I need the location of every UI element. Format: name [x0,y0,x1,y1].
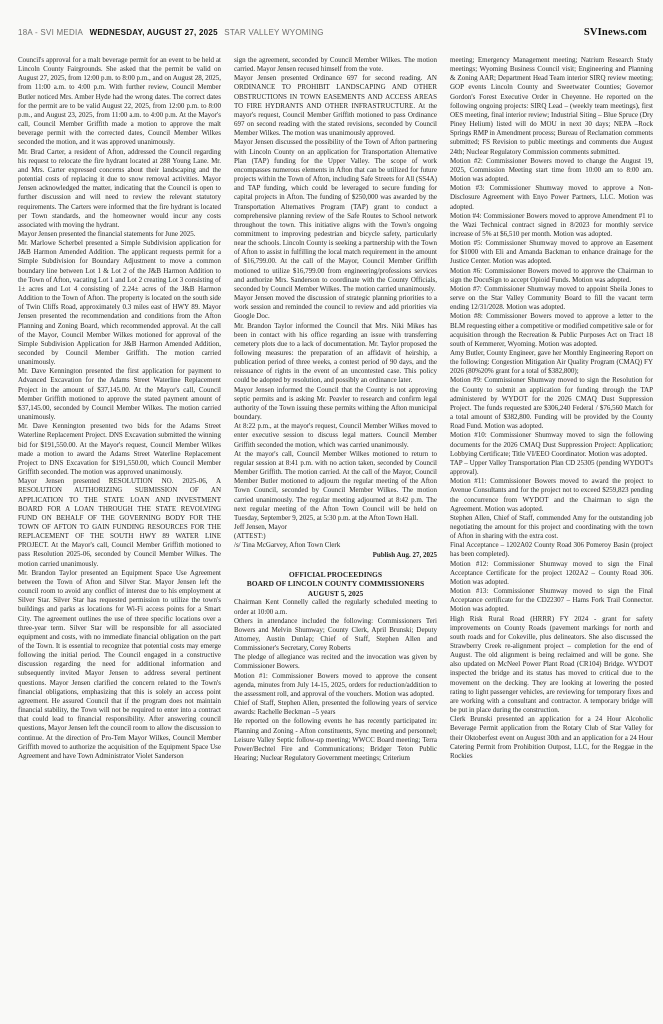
paragraph: Stephen Allen, Chief of Staff, commended… [450,514,653,541]
paragraph: Mayor Jensen presented the financial sta… [18,230,221,239]
paragraph: Mr. Dave Kennington presented the first … [18,367,221,422]
paragraph: meeting; Emergency Management meeting; N… [450,56,653,157]
issue-date: WEDNESDAY, AUGUST 27, 2025 [90,28,218,37]
newspaper-page: 18A - SVI MEDIA WEDNESDAY, AUGUST 27, 20… [0,0,663,1024]
column-3: meeting; Emergency Management meeting; N… [450,56,653,763]
paragraph: Motion #7: Commissioner Shumway moved to… [450,285,653,312]
paragraph: Chief of Staff, Stephen Allen, presented… [234,699,437,717]
paragraph: At 8:22 p.m., at the mayor's request, Co… [234,422,437,449]
paragraph: Motion #2: Commissioner Bowers moved to … [450,157,653,184]
paragraph: Motion #13: Commissioner Shumway moved t… [450,587,653,614]
column-1: Council's approval for a malt beverage p… [18,56,221,763]
paragraph: Motion #6: Commissioner Bowers moved to … [450,267,653,285]
header-left: 18A - SVI MEDIA WEDNESDAY, AUGUST 27, 20… [18,28,328,37]
paragraph: sign the agreement, seconded by Council … [234,56,437,74]
paragraph: At the mayor's call, Council Member Wilk… [234,450,437,523]
signature-line: /s/ Tina McGarvey, Afton Town Clerk [234,541,437,550]
column-2: sign the agreement, seconded by Council … [234,56,437,763]
paragraph: TAP – Upper Valley Transportation Plan C… [450,459,653,477]
page-header: 18A - SVI MEDIA WEDNESDAY, AUGUST 27, 20… [18,27,647,38]
paragraph: Final Acceptance – 1202A02 County Road 3… [450,541,653,559]
paragraph: Council's approval for a malt beverage p… [18,56,221,148]
paragraph: Motion #3: Commissioner Shumway moved to… [450,184,653,211]
paragraph: He reported on the following events he h… [234,717,437,763]
paragraph: Motion #1: Commissioner Bowers moved to … [234,672,437,699]
paragraph: Mr. Brandon Taylor informed the Council … [234,322,437,386]
paragraph: Mayor Jensen discussed the possibility o… [234,138,437,294]
publication-location: STAR VALLEY WYOMING [224,28,323,37]
section-heading: OFFICIAL PROCEEDINGS [234,570,437,580]
paragraph: Motion #12: Commissioner Shumway moved t… [450,560,653,587]
paragraph: Mr. Brad Carter, a resident of Afton, ad… [18,148,221,230]
paragraph: The pledge of allegiance was recited and… [234,653,437,671]
paragraph: Mayor Jensen presented RESOLUTION NO. 20… [18,477,221,569]
paragraph: Motion #11: Commissioner Bowers moved to… [450,477,653,514]
signature-line: (ATTEST:) [234,532,437,541]
article-columns: Council's approval for a malt beverage p… [18,56,653,763]
paragraph: High Risk Rural Road (HRRR) FY 2024 - gr… [450,615,653,716]
paragraph: Motion #4: Commissioner Bowers moved to … [450,212,653,239]
publish-date-line: Publish Aug. 27, 2025 [234,551,437,560]
paragraph: Others in attendance included the follow… [234,617,437,654]
paragraph: Mayor Jensen presented Ordinance 697 for… [234,74,437,138]
website-url: SVInews.com [584,27,647,38]
paragraph: Chairman Kent Connelly called the regula… [234,598,437,616]
section-heading: AUGUST 5, 2025 [234,589,437,599]
paragraph: Mr. Marlowe Scherbel presented a Simple … [18,239,221,367]
paragraph: Motion #8: Commissioner Bowers moved to … [450,312,653,349]
paragraph: Amy Butler, County Engineer, gave her Mo… [450,349,653,376]
paragraph: Motion #10: Commissioner Shumway moved t… [450,431,653,458]
section-heading: BOARD OF LINCOLN COUNTY COMMISSIONERS [234,579,437,589]
paragraph: Mayor Jensen moved the discussion of str… [234,294,437,321]
paragraph: Motion #9: Commissioner Shumway moved to… [450,376,653,431]
paragraph: Mayor Jensen informed the Council that t… [234,386,437,423]
paragraph: Motion #5: Commissioner Shumway moved to… [450,239,653,266]
page-number-label: 18A - SVI MEDIA [18,28,83,37]
paragraph: Clerk Brunski presented an application f… [450,715,653,761]
signature-line: Jeff Jensen, Mayor [234,523,437,532]
paragraph: Mr. Brandon Taylor presented an Equipmen… [18,569,221,761]
paragraph: Mr. Dave Kennington presented two bids f… [18,422,221,477]
